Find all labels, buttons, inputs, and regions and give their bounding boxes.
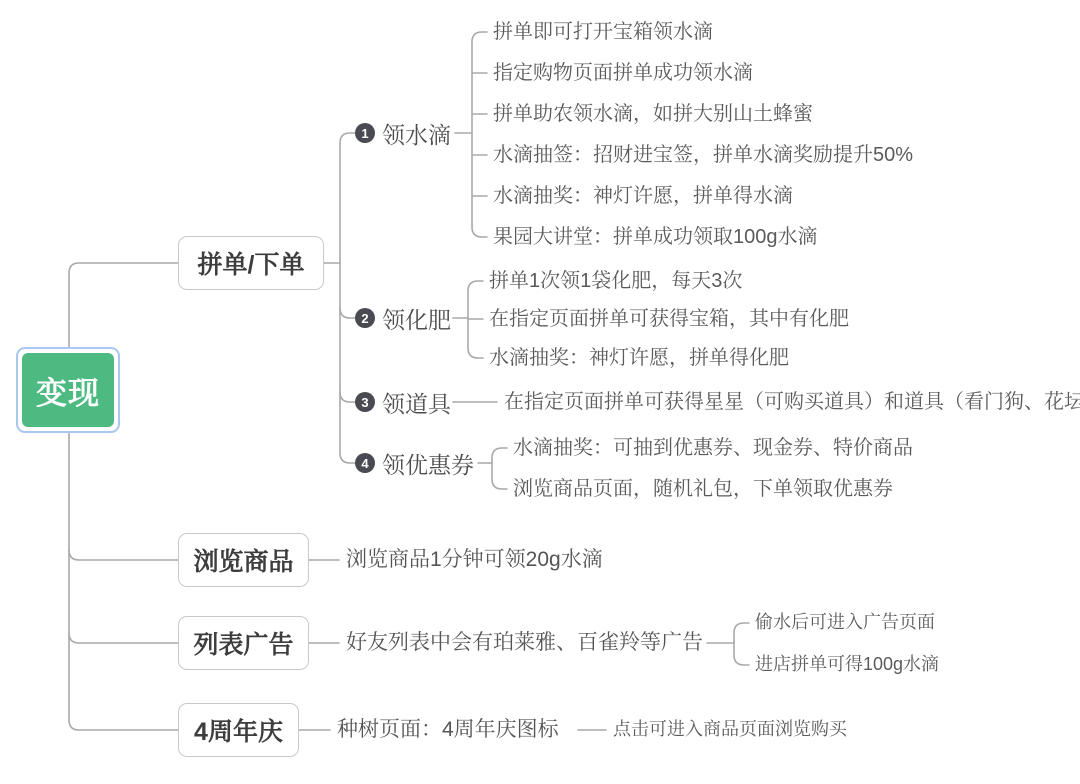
branch-node-group-order[interactable]: 拼单/下单 — [178, 236, 324, 290]
leaf-node[interactable]: 在指定页面拼单可获得星星（可购买道具）和道具（看门狗、花坛、云朵等） — [504, 390, 1080, 414]
subnode-label: 领优惠券 — [382, 447, 474, 480]
leaf-node[interactable]: 指定购物页面拼单成功领水滴 — [493, 61, 753, 85]
leaf-node[interactable]: 水滴抽奖：神灯许愿，拼单得水滴 — [493, 184, 793, 208]
number-3-badge: 3 — [355, 392, 375, 412]
subnode-label: 领道具 — [382, 386, 451, 419]
number-2-badge: 2 — [355, 308, 375, 328]
subnode-label: 领化肥 — [382, 302, 451, 335]
note-anniversary[interactable]: 种树页面：4周年庆图标 — [337, 717, 559, 742]
branch-node-browse-items[interactable]: 浏览商品 — [178, 533, 309, 587]
number-4-badge: 4 — [355, 453, 375, 473]
subnode-label: 领水滴 — [382, 117, 451, 150]
leaf-node[interactable]: 拼单1次领1袋化肥，每天3次 — [489, 269, 742, 293]
subnode-water-drops[interactable]: 1 领水滴 — [355, 119, 451, 147]
leaf-node[interactable]: 点击可进入商品页面浏览购买 — [613, 719, 847, 741]
leaf-node[interactable]: 进店拼单可得100g水滴 — [755, 654, 939, 676]
leaf-node[interactable]: 拼单即可打开宝箱领水滴 — [493, 20, 713, 44]
subnode-coupons[interactable]: 4 领优惠券 — [355, 449, 474, 477]
leaf-node[interactable]: 在指定页面拼单可获得宝箱，其中有化肥 — [489, 307, 849, 331]
leaf-node[interactable]: 水滴抽奖：神灯许愿，拼单得化肥 — [489, 346, 789, 370]
note-browse-items[interactable]: 浏览商品1分钟可领20g水滴 — [346, 547, 603, 572]
root-node[interactable]: 变现 — [22, 353, 114, 427]
subnode-fertilizer[interactable]: 2 领化肥 — [355, 304, 451, 332]
leaf-node[interactable]: 果园大讲堂：拼单成功领取100g水滴 — [493, 225, 818, 249]
root-node-selection: 变现 — [16, 347, 120, 433]
leaf-node[interactable]: 偷水后可进入广告页面 — [755, 612, 935, 634]
branch-node-anniversary[interactable]: 4周年庆 — [178, 703, 299, 757]
branch-node-list-ads[interactable]: 列表广告 — [178, 616, 309, 670]
number-1-badge: 1 — [355, 123, 375, 143]
subnode-props[interactable]: 3 领道具 — [355, 388, 451, 416]
note-list-ads[interactable]: 好友列表中会有珀莱雅、百雀羚等广告 — [346, 630, 703, 655]
mindmap-canvas: 变现 拼单/下单 浏览商品 列表广告 4周年庆 1 领水滴 2 领化肥 3 领道… — [0, 0, 1080, 784]
leaf-node[interactable]: 拼单助农领水滴，如拼大别山土蜂蜜 — [493, 102, 813, 126]
leaf-node[interactable]: 水滴抽签：招财进宝签，拼单水滴奖励提升50% — [493, 143, 913, 167]
leaf-node[interactable]: 浏览商品页面，随机礼包，下单领取优惠券 — [513, 477, 893, 501]
leaf-node[interactable]: 水滴抽奖：可抽到优惠券、现金券、特价商品 — [513, 436, 913, 460]
